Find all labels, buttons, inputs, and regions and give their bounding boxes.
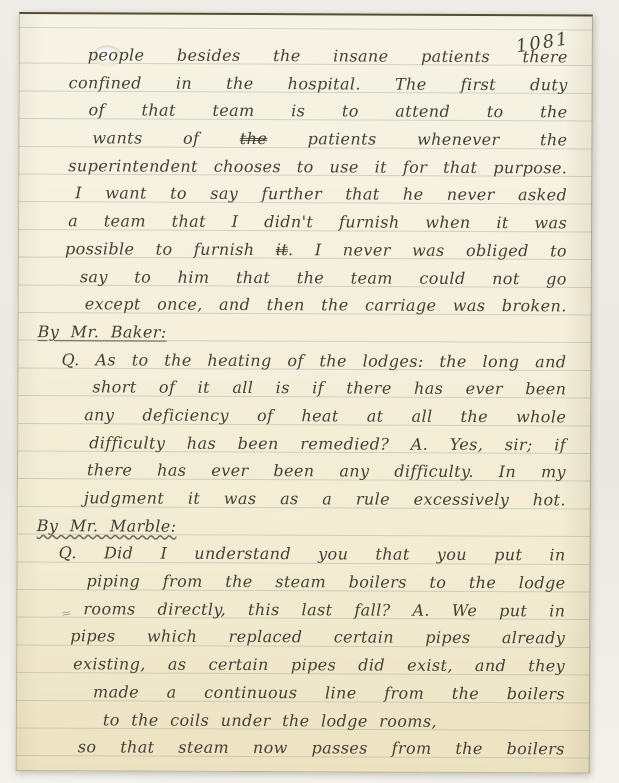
handwritten-line: any deficiency of heat at all the whole	[18, 401, 566, 431]
handwritten-line: piping from the steam boilers to the lod…	[17, 567, 565, 597]
handwritten-text: to the coils under the lodge rooms,	[103, 710, 437, 730]
handwritten-text: judgment it was as a rule excessively ho…	[84, 488, 566, 509]
handwritten-text: made a continuous line from the boilers	[93, 682, 565, 703]
scan-background: 1081 people besides the insane patients …	[0, 0, 619, 783]
handwritten-text: difficulty has been remedied? A. Yes, si…	[89, 433, 566, 454]
handwritten-text: any deficiency of heat at all the whole	[84, 405, 566, 426]
handwritten-line: By Mr. Marble:	[18, 512, 566, 542]
handwritten-line: say to him that the team could not go	[19, 263, 567, 293]
handwritten-text-underline: By Mr. Baker:	[38, 322, 167, 342]
handwritten-line: of that team is to attend to the	[20, 96, 568, 126]
handwritten-text: superintendent chooses to use it for tha…	[68, 156, 567, 177]
handwritten-line: people besides the insane patients there	[20, 41, 568, 71]
handwritten-text: of that team is to attend to the	[89, 101, 568, 122]
handwritten-text: . I never was obliged to	[288, 240, 567, 260]
manuscript-page: 1081 people besides the insane patients …	[16, 12, 593, 773]
handwritten-text: piping from the steam boilers to the lod…	[86, 571, 565, 592]
handwritten-text: short of it all is if there has ever bee…	[92, 378, 566, 399]
handwritten-line: Q. Did I understand you that you put in	[18, 539, 566, 569]
handwritten-line: superintendent chooses to use it for tha…	[19, 152, 567, 182]
handwritten-text: confined in the hospital. The first duty	[69, 73, 568, 94]
handwritten-text-wavy-underline: By Mr. Marble:	[37, 516, 177, 536]
handwritten-text: say to him that the team could not go	[80, 267, 567, 288]
handwritten-line: there has ever been any difficulty. In m…	[18, 456, 566, 486]
handwritten-line: wants of the patients whenever the	[19, 124, 567, 154]
handwritten-line: made a continuous line from the boilers	[17, 678, 565, 708]
handwritten-text: except once, and then the carriage was b…	[85, 294, 567, 315]
handwritten-line: so that steam now passes from the boiler…	[17, 733, 565, 763]
manuscript-lines: people besides the insane patients there…	[17, 41, 592, 763]
handwritten-text: possible to furnish	[65, 239, 276, 259]
handwritten-text: existing, as certain pipes did exist, an…	[73, 654, 565, 675]
handwritten-line: except once, and then the carriage was b…	[19, 290, 567, 320]
handwritten-line: By Mr. Baker:	[19, 318, 567, 348]
handwritten-text: I want to say further that he never aske…	[75, 184, 567, 205]
handwritten-text: so that steam now passes from the boiler…	[78, 737, 565, 758]
handwritten-text-strike: the	[240, 129, 267, 148]
handwritten-line: rooms directly, this last fall? A. We pu…	[17, 595, 565, 625]
handwritten-line: confined in the hospital. The first duty	[20, 69, 568, 99]
handwritten-line: Q. As to the heating of the lodges: the …	[18, 346, 566, 376]
handwritten-text: patients whenever the	[267, 129, 567, 149]
handwritten-text: pipes which replaced certain pipes alrea…	[70, 627, 565, 648]
handwritten-text: there has ever been any difficulty. In m…	[87, 461, 566, 482]
handwritten-line: to the coils under the lodge rooms,	[17, 705, 565, 735]
handwritten-line: judgment it was as a rule excessively ho…	[18, 484, 566, 514]
handwritten-line: pipes which replaced certain pipes alrea…	[17, 622, 565, 652]
handwritten-line: existing, as certain pipes did exist, an…	[17, 650, 565, 680]
handwritten-text: rooms directly, this last fall? A. We pu…	[83, 599, 565, 620]
handwritten-line: difficulty has been remedied? A. Yes, si…	[18, 429, 566, 459]
handwritten-line: short of it all is if there has ever bee…	[18, 373, 566, 403]
handwritten-line: a team that I didn't furnish when it was	[19, 207, 567, 237]
handwritten-text: a team that I didn't furnish when it was	[68, 211, 567, 232]
handwritten-line: possible to furnish it. I never was obli…	[19, 235, 567, 265]
handwritten-text: wants of	[92, 128, 239, 148]
handwritten-text: Q. As to the heating of the lodges: the …	[61, 350, 566, 371]
handwritten-text-strike: it	[276, 240, 288, 259]
handwritten-text: Q. Did I understand you that you put in	[59, 544, 566, 565]
handwritten-text: people besides the insane patients there	[88, 45, 568, 66]
handwritten-line: I want to say further that he never aske…	[19, 179, 567, 209]
